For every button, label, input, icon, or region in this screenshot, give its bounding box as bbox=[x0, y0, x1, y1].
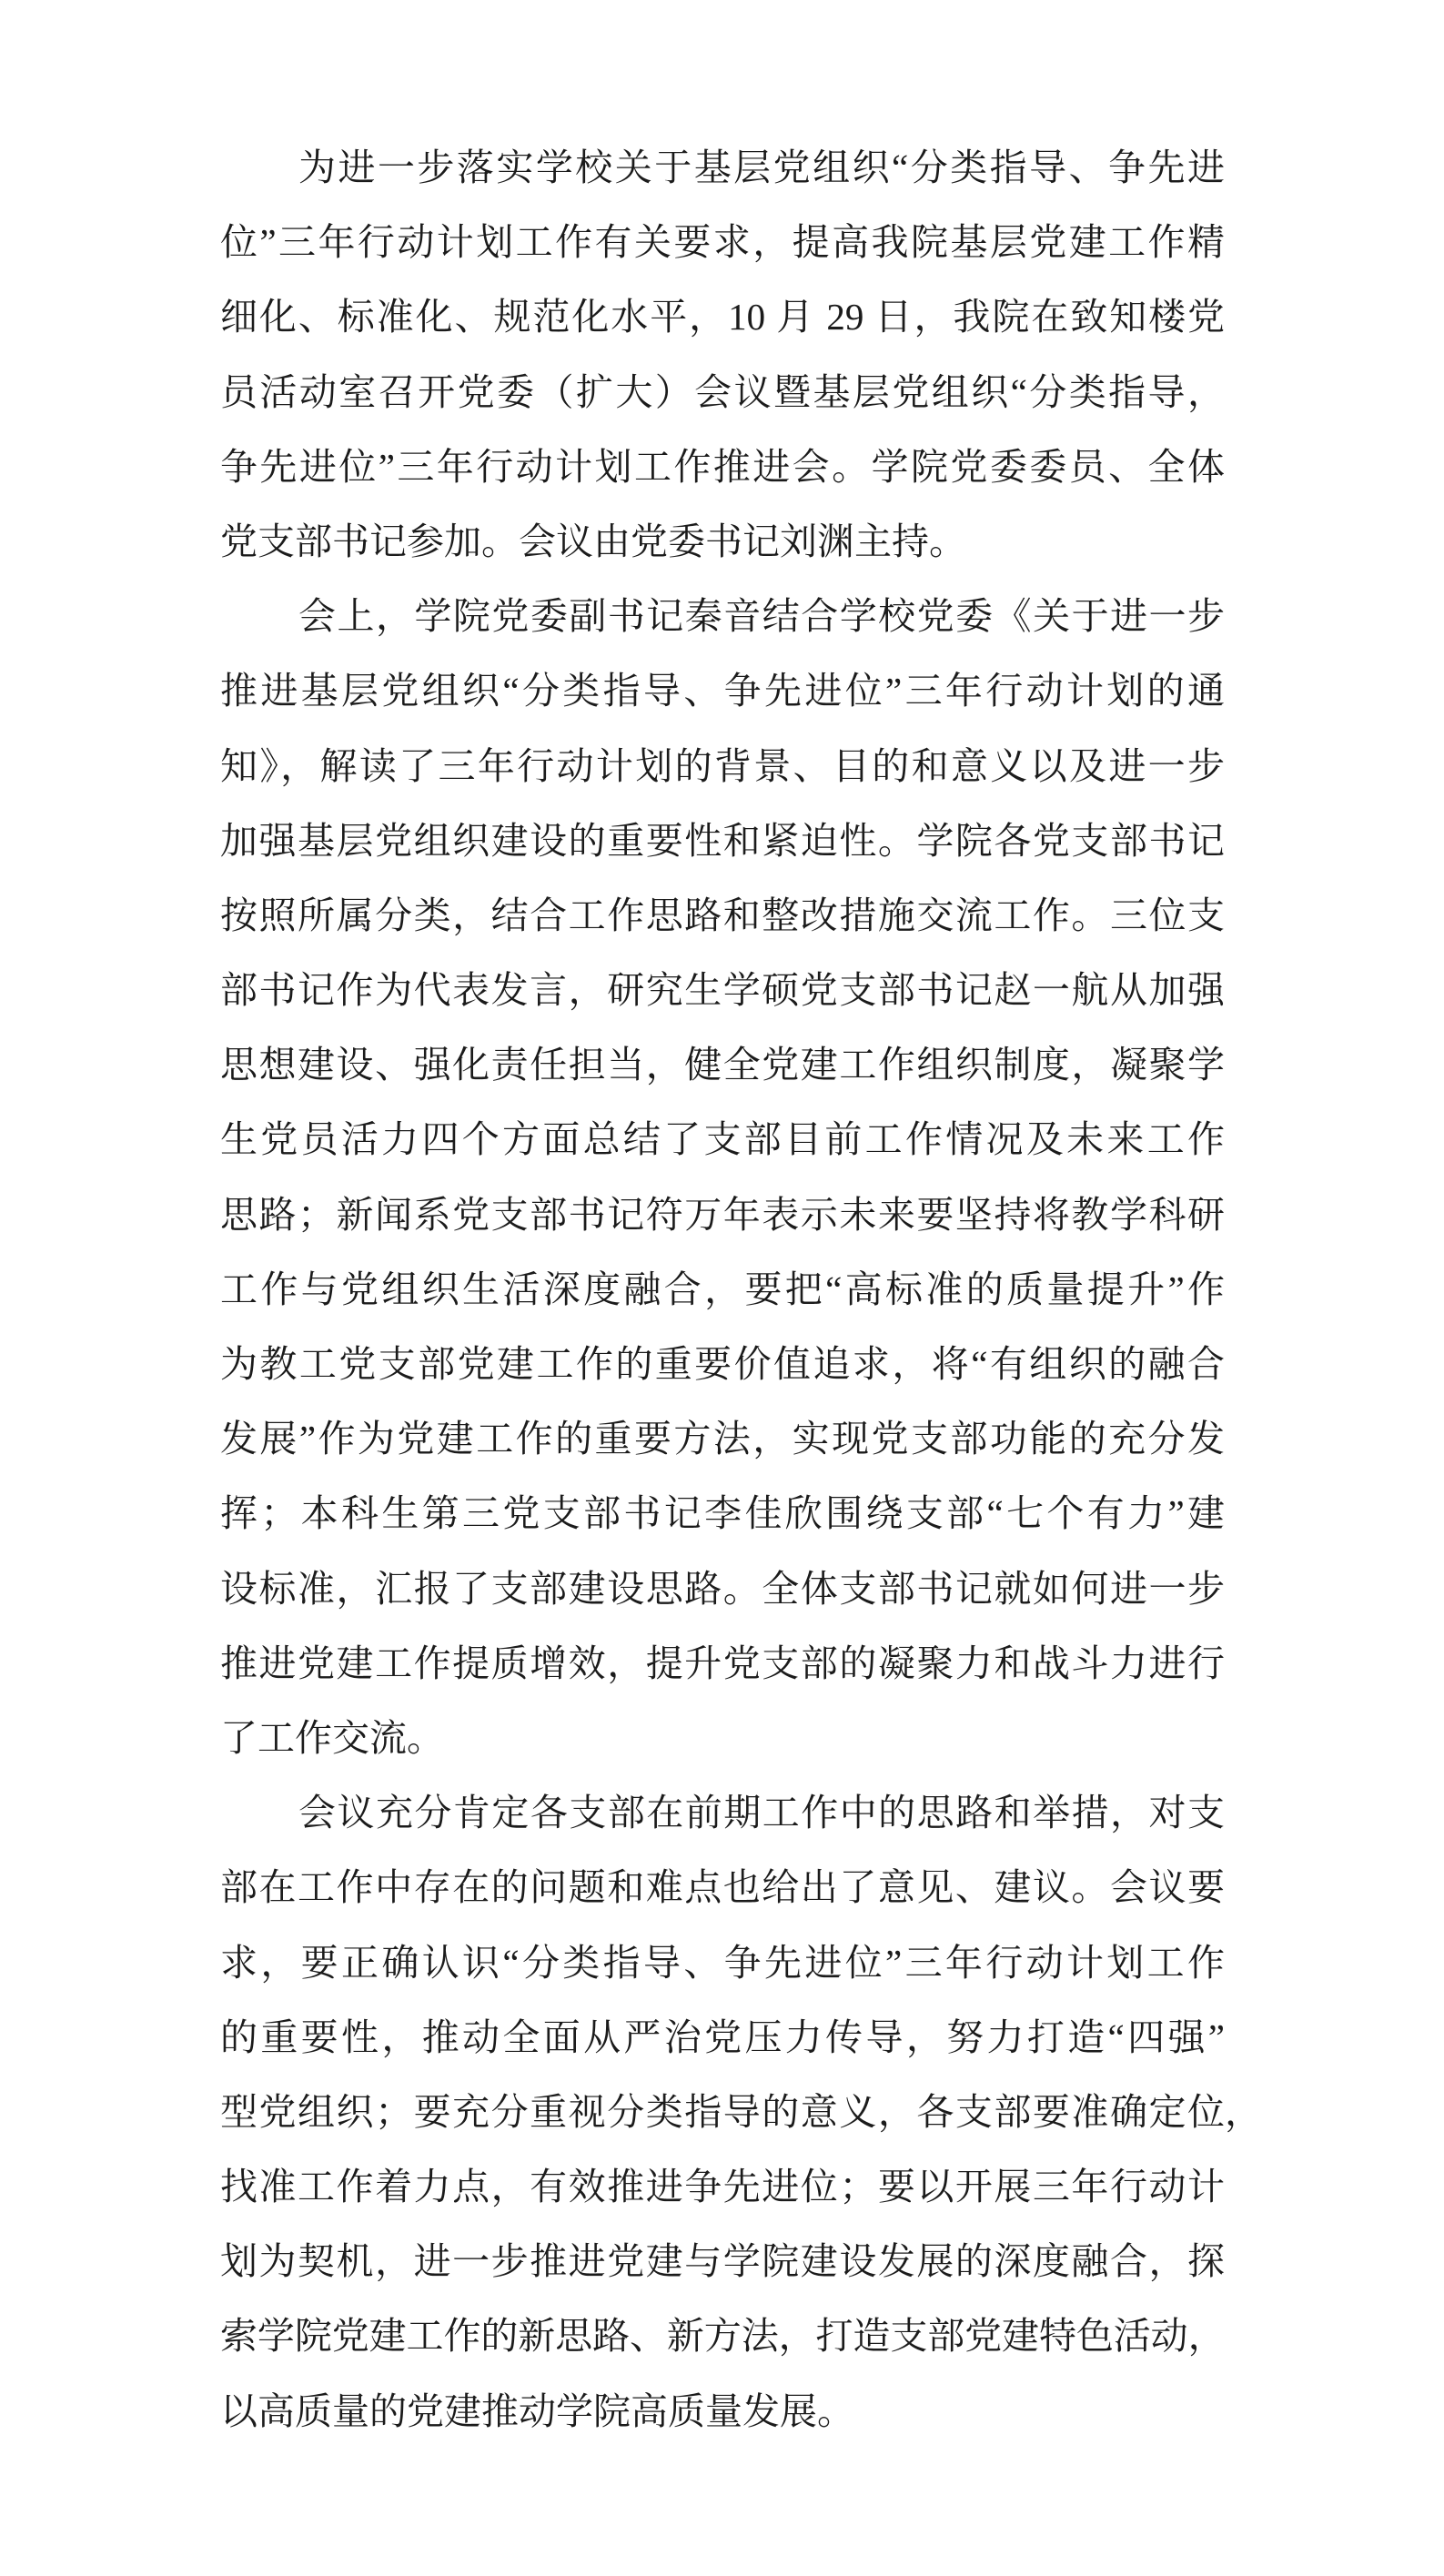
document-page: 为进一步落实学校关于基层党组织“分类指导、争先进位”三年行动计划工作有关要求，提… bbox=[0, 0, 1444, 2576]
text-line: 找准工作着力点，有效推进争先进位；要以开展三年行动计 bbox=[220, 2149, 1225, 2224]
text-line: 加强基层党组织建设的重要性和紧迫性。学院各党支部书记 bbox=[220, 803, 1225, 878]
text-line: 部在工作中存在的问题和难点也给出了意见、建议。会议要 bbox=[220, 1850, 1225, 1924]
text-line: 员活动室召开党委（扩大）会议暨基层党组织“分类指导， bbox=[220, 355, 1225, 429]
text-line: 了工作交流。 bbox=[220, 1701, 1225, 1775]
text-line: 型党组织；要充分重视分类指导的意义，各支部要准确定位， bbox=[220, 2075, 1225, 2149]
text-line: 思想建设、强化责任担当，健全党建工作组织制度，凝聚学 bbox=[220, 1027, 1225, 1102]
text-line: 知》，解读了三年行动计划的背景、目的和意义以及进一步 bbox=[220, 729, 1225, 803]
text-line: 发展”作为党建工作的重要方法，实现党支部功能的充分发 bbox=[220, 1401, 1225, 1476]
text-line: 细化、标准化、规范化水平，10 月 29 日，我院在致知楼党 bbox=[220, 279, 1225, 354]
text-line: 思路；新闻系党支部书记符万年表示未来要坚持将教学科研 bbox=[220, 1177, 1225, 1252]
text-line: 为教工党支部党建工作的重要价值追求，将“有组织的融合 bbox=[220, 1327, 1225, 1401]
text-line: 位”三年行动计划工作有关要求，提高我院基层党建工作精 bbox=[220, 205, 1225, 279]
text-line: 推进基层党组织“分类指导、争先进位”三年行动计划的通 bbox=[220, 653, 1225, 728]
text-line: 生党员活力四个方面总结了支部目前工作情况及未来工作 bbox=[220, 1102, 1225, 1177]
text-line: 的重要性，推动全面从严治党压力传导，努力打造“四强” bbox=[220, 2000, 1225, 2075]
text-line: 部书记作为代表发言，研究生学硕党支部书记赵一航从加强 bbox=[220, 953, 1225, 1027]
text-line: 索学院党建工作的新思路、新方法，打造支部党建特色活动， bbox=[220, 2298, 1225, 2373]
document-body: 为进一步落实学校关于基层党组织“分类指导、争先进位”三年行动计划工作有关要求，提… bbox=[220, 130, 1225, 2449]
text-line: 设标准，汇报了支部建设思路。全体支部书记就如何进一步 bbox=[220, 1551, 1225, 1626]
text-line: 求，要正确认识“分类指导、争先进位”三年行动计划工作 bbox=[220, 1925, 1225, 2000]
text-line: 挥；本科生第三党支部书记李佳欣围绕支部“七个有力”建 bbox=[220, 1476, 1225, 1551]
text-line: 党支部书记参加。会议由党委书记刘渊主持。 bbox=[220, 504, 1225, 579]
text-line: 以高质量的党建推动学院高质量发展。 bbox=[220, 2374, 1225, 2449]
hanging-punctuation: ， bbox=[1225, 2075, 1262, 2149]
text-line: 按照所属分类，结合工作思路和整改措施交流工作。三位支 bbox=[220, 878, 1225, 953]
text-line: 为进一步落实学校关于基层党组织“分类指导、争先进 bbox=[220, 130, 1225, 205]
text-line: 会议充分肯定各支部在前期工作中的思路和举措，对支 bbox=[220, 1775, 1225, 1850]
text-line: 划为契机，进一步推进党建与学院建设发展的深度融合，探 bbox=[220, 2224, 1225, 2298]
text-line: 争先进位”三年行动计划工作推进会。学院党委委员、全体 bbox=[220, 429, 1225, 504]
text-line: 推进党建工作提质增效，提升党支部的凝聚力和战斗力进行 bbox=[220, 1626, 1225, 1701]
text-line: 工作与党组织生活深度融合，要把“高标准的质量提升”作 bbox=[220, 1252, 1225, 1327]
text-line: 会上，学院党委副书记秦音结合学校党委《关于进一步 bbox=[220, 579, 1225, 653]
